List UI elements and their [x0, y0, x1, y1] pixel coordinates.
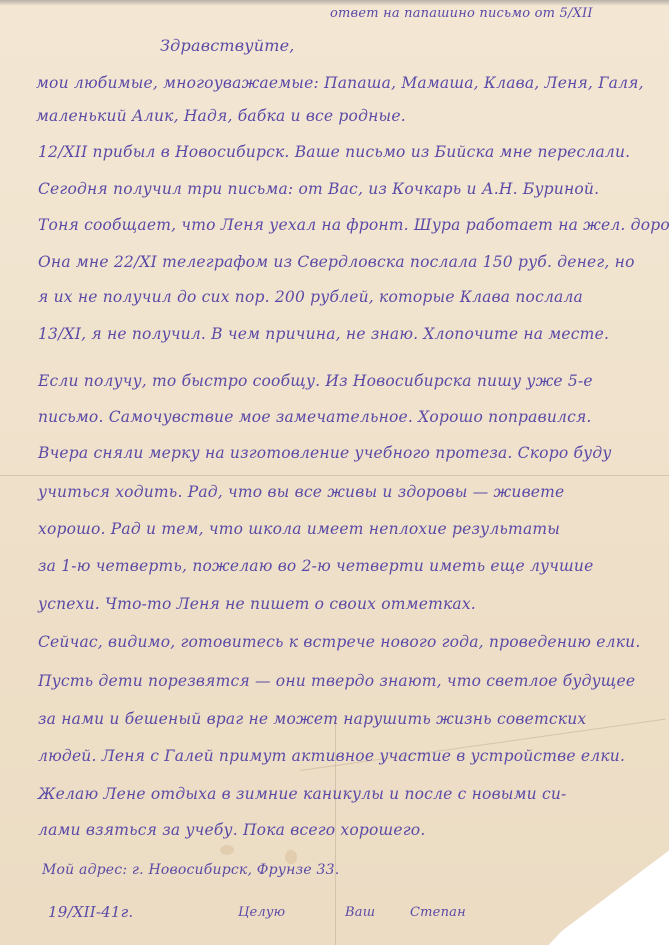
letter-line: Пусть дети порезвятся — они твердо знают… — [38, 672, 635, 690]
letter-line: я их не получил до сих пор. 200 рублей, … — [38, 288, 583, 306]
letter-line: Желаю Лене отдыха в зимние каникулы и по… — [38, 785, 567, 803]
address-line: Мой адрес: г. Новосибирск, Фрунзе 33. — [42, 862, 339, 878]
letter-line: за 1-ю четверть, пожелаю во 2-ю четверти… — [38, 557, 594, 575]
signature: Степан — [410, 905, 466, 920]
letter-line: 12/XII прибыл в Новосибирск. Ваше письмо… — [38, 143, 630, 161]
letter-date: 19/XII-41г. — [48, 903, 133, 921]
letter-line: мои любимые, многоуважаемые: Папаша, Мам… — [36, 74, 644, 92]
closing-text: Ваш — [345, 905, 375, 920]
letter-line: людей. Леня с Галей примут активное учас… — [38, 747, 625, 765]
closing-text: Целую — [238, 905, 285, 920]
letter-line: хорошо. Рад и тем, что школа имеет непло… — [38, 520, 560, 538]
header-note: ответ на папашино письмо от 5/XII — [330, 6, 593, 21]
paper-fold — [0, 475, 669, 476]
letter-page: ответ на папашино письмо от 5/XII Здравс… — [0, 0, 669, 945]
letter-line: 13/XI, я не получил. В чем причина, не з… — [38, 325, 609, 343]
paper-stain — [220, 845, 234, 855]
letter-line: Сегодня получил три письма: от Вас, из К… — [38, 180, 599, 198]
letter-line: Если получу, то быстро сообщу. Из Новоси… — [38, 372, 593, 390]
letter-line: Она мне 22/XI телеграфом из Свердловска … — [38, 253, 635, 271]
letter-line: учиться ходить. Рад, что вы все живы и з… — [38, 483, 564, 501]
letter-line: Вчера сняли мерку на изготовление учебно… — [38, 444, 612, 462]
letter-line: лами взяться за учебу. Пока всего хороше… — [38, 821, 425, 839]
letter-line: успехи. Что-то Леня не пишет о своих отм… — [38, 595, 476, 613]
letter-line: письмо. Самочувствие мое замечательное. … — [38, 408, 592, 426]
letter-line: Сейчас, видимо, готовитесь к встрече нов… — [38, 633, 641, 651]
letter-line: маленький Алик, Надя, бабка и все родные… — [36, 107, 406, 125]
letter-line: за нами и бешеный враг не может нарушить… — [38, 710, 586, 728]
greeting: Здравствуйте, — [160, 36, 295, 55]
letter-line: Тоня сообщает, что Леня уехал на фронт. … — [38, 216, 669, 234]
